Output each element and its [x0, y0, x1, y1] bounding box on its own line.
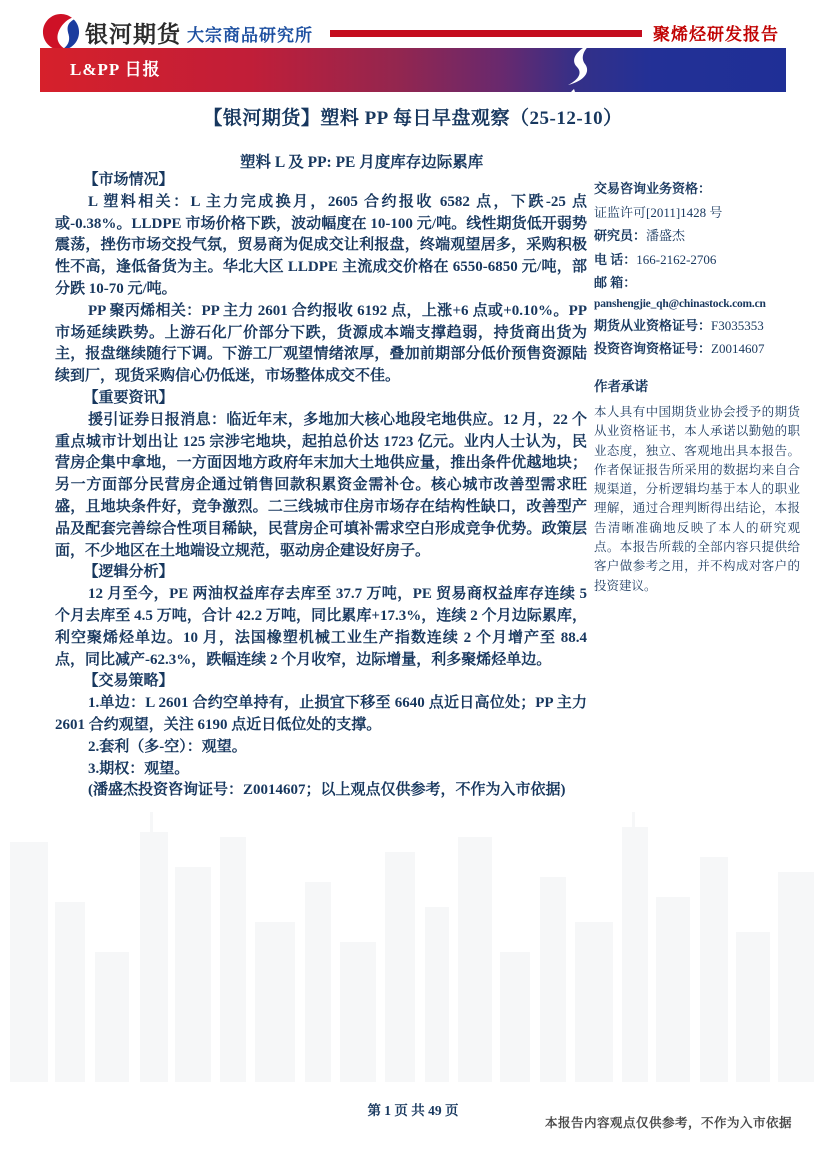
qualification-value: 证监许可[2011]1428 号 — [594, 205, 722, 220]
researcher-value: 潘盛杰 — [646, 228, 685, 243]
banner-swoosh-icon — [560, 43, 602, 97]
strategy-unilateral: 1.单边：L 2601 合约空单持有，止损宜下移至 6640 点近日高位处；PP… — [55, 693, 587, 737]
advisory-cert-label: 投资咨询资格证号： — [594, 341, 711, 356]
qualification-label: 交易咨询业务资格： — [594, 181, 711, 196]
researcher-label: 研究员： — [594, 228, 646, 243]
phone-label: 电 话： — [594, 252, 636, 267]
report-type-label: 聚烯烃研发报告 — [653, 20, 779, 45]
section-heading-news: 【重要资讯】 — [55, 388, 587, 410]
futures-cert-label: 期货从业资格证号： — [594, 318, 711, 333]
strategy-note: (潘盛杰投资咨询证号：Z0014607；以上观点仅供参考，不作为入市依据) — [55, 780, 587, 802]
paragraph-news: 援引证券日报消息：临近年末，多地加大核心地段宅地供应。12 月，22 个重点城市… — [55, 410, 587, 563]
paragraph-market-l: L 塑料相关：L 主力完成换月，2605 合约报收 6582 点，下跌-25 点… — [55, 192, 587, 301]
header-divider-line — [330, 30, 642, 37]
author-promise-title: 作者承诺 — [594, 375, 800, 395]
section-heading-strategy: 【交易策略】 — [55, 671, 587, 693]
advisory-cert-value: Z0014607 — [711, 341, 764, 356]
page-subtitle: 塑料 L 及 PP: PE 月度库存边际累库 — [240, 150, 483, 172]
page-title: 【银河期货】塑料 PP 每日早盘观察（25-12-10） — [0, 103, 826, 130]
section-heading-market: 【市场情况】 — [55, 170, 587, 192]
report-banner: L&PP 日报 — [40, 48, 786, 92]
email-label: 邮 箱： — [594, 275, 636, 290]
strategy-arbitrage: 2.套利（多-空）：观望。 — [55, 737, 587, 759]
footer-disclaimer: 本报告内容观点仅供参考，不作为入市依据 — [545, 1113, 792, 1131]
institute-name: 大宗商品研究所 — [187, 21, 313, 46]
report-page: 银河期货 大宗商品研究所 聚烯烃研发报告 L&PP 日报 【银河期货】塑料 PP… — [0, 0, 826, 1169]
strategy-options: 3.期权：观望。 — [55, 759, 587, 781]
report-body: 【市场情况】 L 塑料相关：L 主力完成换月，2605 合约报收 6582 点，… — [55, 170, 587, 802]
section-heading-logic: 【逻辑分析】 — [55, 562, 587, 584]
skyline-watermark — [0, 812, 826, 1082]
futures-cert-value: F3035353 — [711, 318, 764, 333]
phone-value: 166-2162-2706 — [636, 252, 716, 267]
banner-title: L&PP 日报 — [70, 48, 161, 92]
paragraph-logic: 12 月至今，PE 两油权益库存去库至 37.7 万吨，PE 贸易商权益库存连续… — [55, 584, 587, 671]
company-name: 银河期货 — [85, 16, 181, 49]
author-promise-body: 本人具有中国期货业协会授予的期货从业资格证书，本人承诺以勤勉的职业态度，独立、客… — [594, 403, 800, 596]
email-value: panshengjie_qh@chinastock.com.cn — [594, 298, 800, 310]
paragraph-market-pp: PP 聚丙烯相关：PP 主力 2601 合约报收 6192 点，上涨+6 点或+… — [55, 301, 587, 388]
galaxy-futures-logo-icon — [42, 13, 80, 51]
author-sidebar: 交易咨询业务资格： 证监许可[2011]1428 号 研究员：潘盛杰 电 话：1… — [594, 180, 800, 596]
